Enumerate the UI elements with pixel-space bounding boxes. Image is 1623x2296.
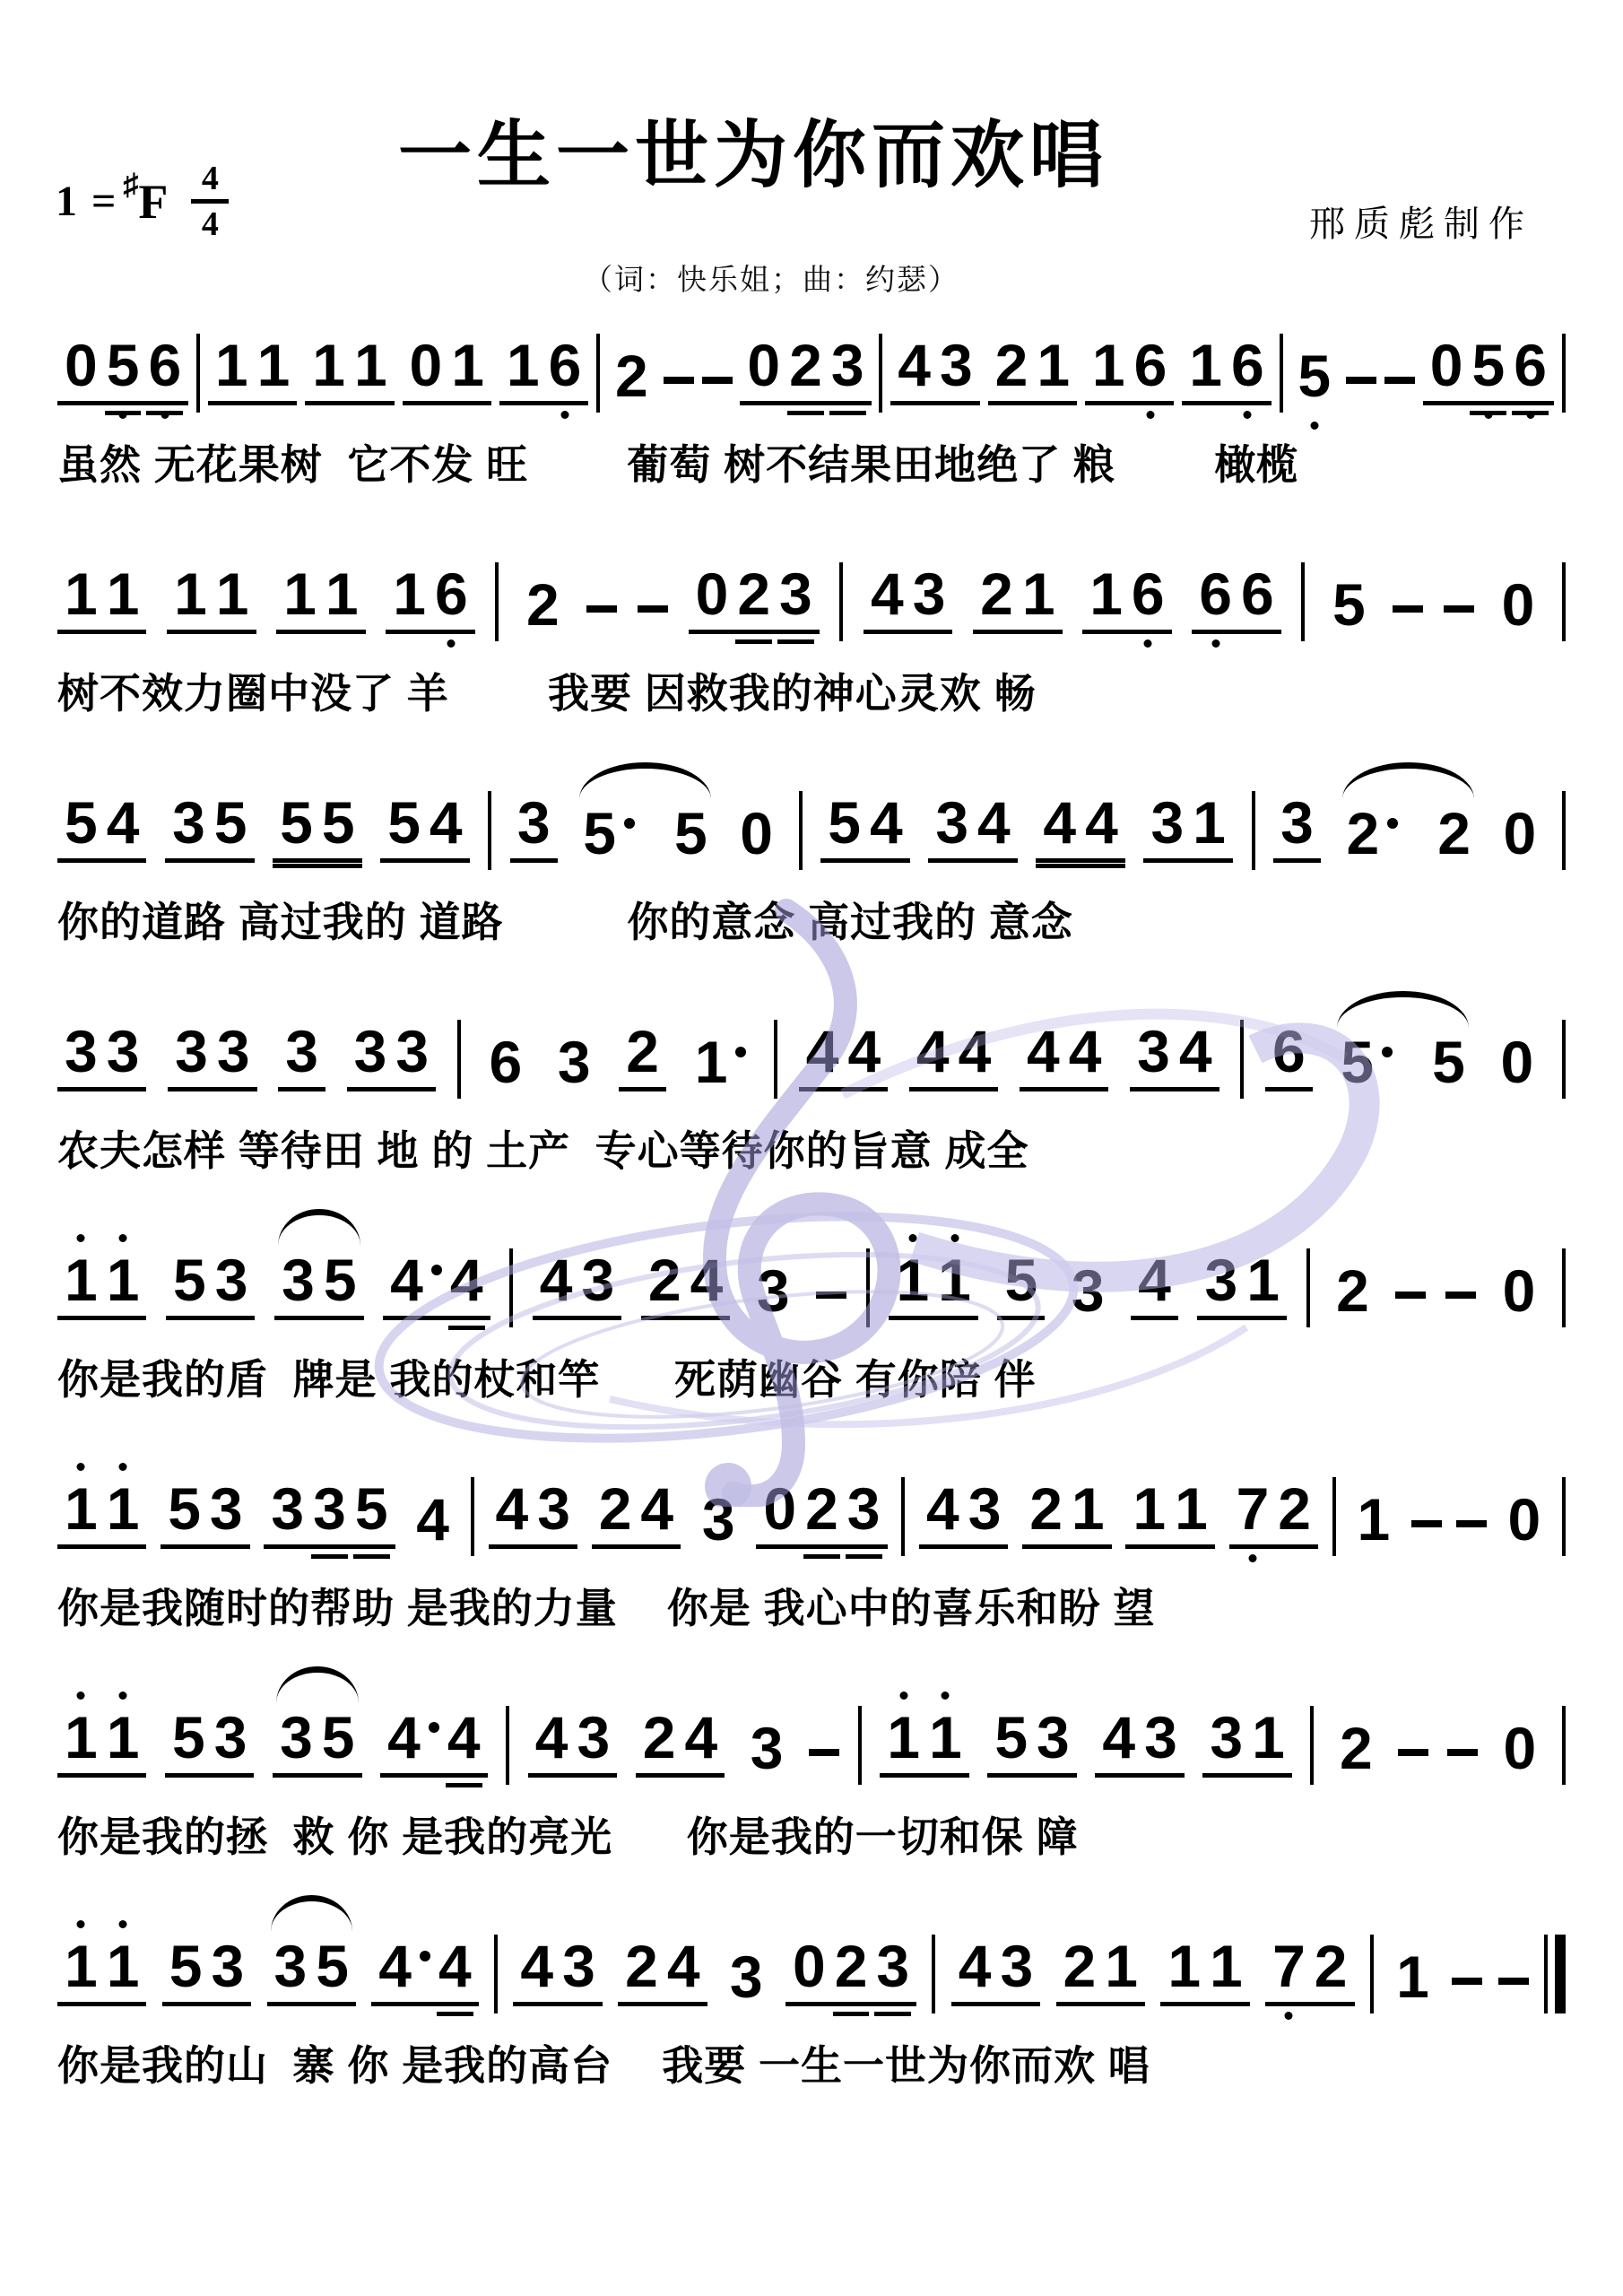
note-digit: 4: [416, 1490, 449, 1549]
note-number: 2: [1315, 1936, 1348, 1996]
note-number: 2: [1340, 1718, 1373, 1778]
note-digit: 3: [1072, 1261, 1105, 1320]
octave-dot-below: [161, 411, 169, 419]
note-group: 34: [928, 793, 1017, 863]
note-number: 3: [940, 335, 973, 395]
octave-dot-above: [119, 1920, 127, 1928]
note-number: 1: [107, 1250, 140, 1309]
note-group: 1: [1350, 1490, 1398, 1549]
barline: [932, 1935, 935, 2013]
note-number: 2: [980, 564, 1013, 623]
barline: [1240, 1020, 1244, 1099]
note-digit: 5: [65, 793, 98, 852]
note-digit: 2: [1063, 1936, 1097, 1996]
note-digit: 4: [667, 1936, 700, 1996]
note-digit: 3: [751, 1718, 784, 1778]
note-digit: 1: [107, 564, 140, 623]
note-number: 4: [898, 335, 931, 395]
lyricist-composer: （词：快乐姐；曲：约瑟）: [0, 257, 1542, 299]
note-digit: 3: [1144, 1708, 1177, 1767]
note-group: 33: [347, 1022, 436, 1091]
note-group: 11: [276, 564, 365, 634]
note-group: 056: [1423, 335, 1554, 405]
note-number: 2: [625, 1936, 658, 1996]
note-number: 4: [926, 1479, 959, 1538]
note-digit: 1: [929, 1708, 962, 1767]
note-group: 16: [1085, 335, 1174, 405]
duration-dash: [816, 1291, 846, 1299]
note-digit: 2: [805, 1479, 838, 1538]
note-group: 44: [383, 1250, 490, 1320]
note-number: 4: [1043, 793, 1076, 852]
duration-dash: [702, 377, 733, 384]
note-number: 2: [643, 1708, 676, 1767]
note-group: 31: [1202, 1708, 1291, 1778]
note-number: 2: [1336, 1261, 1369, 1320]
note-digit: 1: [1089, 564, 1123, 623]
note-digit: 1: [1092, 335, 1125, 395]
note-digit: 3: [876, 1936, 909, 1996]
note-digit: 4: [496, 1479, 529, 1538]
note-digit: 5: [107, 335, 140, 395]
note-number: 4: [690, 1250, 724, 1309]
barline: [1306, 1248, 1310, 1327]
note-group: 2: [1329, 1261, 1376, 1320]
note-digit: 1: [1210, 1936, 1243, 1996]
note-number: 3: [847, 1479, 881, 1538]
octave-dot-above: [119, 1692, 127, 1700]
octave-dot-above: [119, 1463, 127, 1471]
note-group: 43: [864, 564, 952, 634]
note-digit: 2: [615, 346, 648, 405]
note-digit: 1: [1133, 1479, 1166, 1538]
note-number: 0: [1507, 1490, 1541, 1549]
note-group: 53: [165, 1708, 254, 1778]
note-group-slur: 55: [1333, 1032, 1471, 1091]
note-group: 3: [1064, 1261, 1112, 1320]
note-digit: 2: [737, 564, 770, 623]
note-group: 0: [1500, 1490, 1548, 1549]
note-group: 43: [890, 335, 979, 405]
barline: [471, 1477, 474, 1556]
note-group: 023: [740, 335, 871, 405]
note-digit: 5: [1298, 346, 1331, 405]
note-group: 33: [57, 1022, 146, 1091]
note-digit: 1: [1105, 1936, 1138, 1996]
note-digit: 2: [1315, 1936, 1348, 1996]
note-digit: 0: [1504, 1718, 1537, 1778]
duration-dash: [1395, 1291, 1426, 1299]
note-number: 1: [929, 1708, 962, 1767]
music-system: 543555543550543444313220你的道路 高过我的 道路 你的意…: [57, 780, 1566, 1009]
note-number: 4: [959, 1936, 992, 1996]
note-digit: 4: [684, 1708, 717, 1767]
note-number: 1: [1396, 1947, 1429, 2006]
note-number: 5: [173, 1250, 206, 1309]
note-digit: 5: [387, 793, 421, 852]
note-digit: 1: [215, 335, 248, 395]
note-digit: 6: [148, 335, 181, 395]
note-number: 1: [107, 1936, 140, 1996]
note-number: 1: [896, 1250, 929, 1309]
octave-dot-below: [1285, 2012, 1293, 2020]
note-digit: 3: [107, 1022, 140, 1081]
note-digit: 5: [172, 1708, 205, 1767]
sheet-header: 一生一世为你而欢唱 1 = ♯ F 4 4 邢质彪制作 （词：快乐姐；曲：约瑟）: [0, 0, 1623, 323]
note-number: 0: [793, 1936, 826, 1996]
note-group: 5: [1325, 575, 1373, 634]
note-digit: 4: [430, 793, 463, 852]
note-digit: 2: [1029, 1479, 1063, 1538]
note-digit: 1: [174, 564, 207, 623]
note-number: 4: [916, 1022, 950, 1081]
note-number: 5: [280, 793, 313, 852]
note-digit: 1: [107, 1708, 140, 1767]
note-group: 35: [165, 793, 254, 863]
note-digit: 1: [216, 564, 249, 623]
note-group: 0: [1494, 1032, 1541, 1091]
note-digit: 5: [316, 1936, 349, 1996]
music-system: 33333336321444444346550农夫怎样 等待田 地 的 土产 专…: [57, 1009, 1566, 1238]
note-number: 1: [1246, 1250, 1280, 1309]
note-digit: 5: [322, 1708, 355, 1767]
note-digit: 5: [324, 1250, 357, 1309]
note-number: 1: [65, 1708, 98, 1767]
note-group: 43: [533, 1250, 621, 1320]
note-digit: 4: [977, 793, 1011, 852]
note-number: 0: [696, 564, 729, 623]
duration-dash: [1498, 1978, 1529, 1985]
note-number: 1: [1252, 1708, 1285, 1767]
note-number: 0: [1503, 1261, 1536, 1320]
note-group: 44: [371, 1936, 478, 2006]
octave-dot-below: [560, 411, 568, 419]
note-digit: 3: [1150, 793, 1184, 852]
note-number: 0: [1501, 1032, 1534, 1091]
sharp-sign: ♯: [123, 169, 138, 203]
note-digit: 1: [1358, 1490, 1391, 1549]
note-group: 11: [167, 564, 256, 634]
note-group: 16: [1182, 335, 1271, 405]
note-group: 5: [997, 1250, 1045, 1320]
note-digit: 4: [535, 1708, 568, 1767]
note-group: 21: [1022, 1479, 1111, 1549]
octave-dot-above: [908, 1234, 916, 1242]
note-digit: 2: [648, 1250, 681, 1309]
octave-dot-below: [1248, 1554, 1256, 1562]
note-digit: 2: [835, 1936, 868, 1996]
duration-dash: [638, 605, 668, 613]
octave-dot-above: [77, 1234, 85, 1242]
note-digit: 1: [1167, 1936, 1201, 1996]
note-group: 16: [1082, 564, 1171, 634]
note-digit: 0: [1503, 1261, 1536, 1320]
note-digit: 2: [995, 335, 1028, 395]
note-group: 3: [723, 1947, 770, 2006]
note-number: 4: [1138, 1250, 1171, 1309]
note-digit: 0: [1507, 1490, 1541, 1549]
note-number: 1: [1167, 1936, 1201, 1996]
note-digit: 0: [410, 335, 443, 395]
lyrics-line: 你是我的盾 牌是 我的杖和竿 死荫幽谷 有你陪 伴: [57, 1347, 1566, 1406]
note-digit: 5: [1004, 1250, 1037, 1309]
note-number: 1: [507, 335, 540, 395]
note-digit: 2: [643, 1708, 676, 1767]
note-digit: 6: [1272, 1022, 1306, 1081]
note-digit: 3: [702, 1490, 735, 1549]
note-number: 3: [172, 793, 205, 852]
note-digit: 0: [1504, 804, 1537, 863]
note-group: 54: [380, 793, 469, 863]
note-group: 66: [1192, 564, 1280, 634]
barline: [457, 1020, 461, 1099]
note-number: 1: [393, 564, 426, 623]
notes-row: 543555543550543444313220: [57, 804, 1566, 863]
note-number: 7: [1237, 1479, 1270, 1538]
note-digit: 0: [65, 335, 98, 395]
note-digit: 3: [913, 564, 946, 623]
note-digit: 3: [558, 1032, 591, 1091]
note-digit: 5: [173, 1250, 206, 1309]
note-digit: 2: [1278, 1479, 1311, 1538]
duration-dash: [1444, 605, 1474, 613]
note-number: 4: [378, 1936, 412, 1996]
lyrics-line: 你是我的拯 救 你 是我的亮光 你是我的一切和保 障: [57, 1805, 1566, 1864]
note-number: 5: [355, 1479, 388, 1538]
barline: [1562, 1248, 1566, 1327]
notes-row: 11533544432431153433120: [57, 1718, 1566, 1778]
note-number: 3: [582, 1250, 615, 1309]
duration-dash: [1447, 1749, 1478, 1756]
note-number: 2: [995, 335, 1028, 395]
octave-dot-below: [1484, 411, 1492, 419]
octave-dot-below: [1244, 411, 1252, 419]
note-group: 3: [551, 1032, 598, 1091]
note-digit: 5: [280, 793, 313, 852]
note-group: 4: [1131, 1250, 1178, 1320]
duration-dash: [1452, 1978, 1482, 1985]
lyrics-line: 树不效力圈中没了 羊 我要 因救我的神心灵欢 畅: [57, 661, 1566, 720]
note-group: 53: [162, 1936, 251, 2006]
note-digit: 1: [107, 1936, 140, 1996]
note-digit: 4: [870, 793, 903, 852]
note-digit: 6: [1199, 564, 1232, 623]
note-number: 5: [107, 335, 140, 395]
note-number: 3: [1037, 1708, 1070, 1767]
note-number: 3: [175, 1022, 208, 1081]
note-number: 3: [730, 1947, 763, 2006]
note-group: 43: [513, 1936, 602, 2006]
note-digit: 1: [1193, 793, 1226, 852]
note-number: 4: [535, 1708, 568, 1767]
note-group: 3: [750, 1261, 797, 1320]
octave-dot-below: [1211, 639, 1219, 648]
note-number: 2: [626, 1022, 659, 1081]
note-group: 0: [1497, 804, 1544, 863]
time-signature: 4 4: [191, 161, 229, 241]
note-digit: 3: [271, 1479, 304, 1538]
note-number: 1: [887, 1708, 920, 1767]
note-number: 1: [107, 1479, 140, 1538]
note-digit: 5: [583, 804, 616, 863]
note-group: 1: [688, 1032, 753, 1091]
note-number: 1: [1358, 1490, 1391, 1549]
note-digit: 0: [1502, 575, 1535, 634]
note-digit: 3: [214, 1708, 247, 1767]
note-digit: 3: [935, 793, 968, 852]
note-group: 43: [489, 1479, 577, 1549]
note-digit: 2: [599, 1479, 632, 1538]
note-number: 4: [1027, 1022, 1060, 1081]
music-system: 11533354432430234321117210你是我随时的帮助 是我的力量…: [57, 1466, 1566, 1695]
note-group: 11: [57, 1250, 146, 1320]
note-digit: 4: [690, 1250, 724, 1309]
note-number: 4: [496, 1479, 529, 1538]
note-number: 2: [615, 346, 648, 405]
note-group: 11: [208, 335, 297, 405]
note-digit: 5: [828, 793, 861, 852]
dotted-note-dot: [420, 1951, 430, 1961]
note-digit: 7: [1237, 1479, 1270, 1538]
dotted-note-dot: [735, 1047, 746, 1057]
note-digit: 0: [763, 1479, 796, 1538]
note-group: 3: [1273, 793, 1321, 863]
octave-dot-above: [899, 1692, 907, 1700]
note-digit: 3: [354, 1022, 387, 1081]
note-number: 0: [1504, 1718, 1537, 1778]
barline: [1301, 562, 1305, 641]
note-number: 4: [667, 1936, 700, 1996]
duration-dash: [1445, 1291, 1476, 1299]
note-digit: 3: [757, 1261, 790, 1320]
note-digit: 6: [1134, 335, 1167, 395]
note-digit: 3: [215, 1250, 248, 1309]
note-group: 023: [756, 1479, 887, 1549]
note-number: 6: [435, 564, 468, 623]
note-group: 24: [641, 1250, 730, 1320]
note-group: 056: [57, 335, 188, 405]
note-number: 3: [562, 1936, 595, 1996]
note-number: 6: [1241, 564, 1274, 623]
note-group: 3: [743, 1718, 791, 1778]
note-group: 11: [1160, 1936, 1249, 2006]
note-digit: 4: [378, 1936, 412, 1996]
octave-dot-above: [77, 1920, 85, 1928]
note-number: 5: [674, 804, 707, 863]
note-digit: 2: [626, 1022, 659, 1081]
note-number: 3: [537, 1479, 570, 1538]
note-number: 3: [211, 1936, 244, 1996]
note-number: 4: [520, 1936, 553, 1996]
note-number: 3: [285, 1022, 318, 1081]
note-number: 3: [395, 1022, 429, 1081]
note-number: 1: [257, 335, 291, 395]
note-number: 1: [65, 1936, 98, 1996]
barline: [495, 562, 499, 641]
lyrics-line: 虽然 无花果树 它不发 旺 葡萄 树不结果田地绝了 粮 橄榄: [57, 432, 1566, 491]
final-barline: [1544, 1935, 1566, 2013]
note-number: 3: [913, 564, 946, 623]
note-group: 24: [592, 1479, 681, 1549]
note-number: 0: [65, 335, 98, 395]
note-number: 2: [526, 575, 560, 634]
note-group: 31: [1143, 793, 1232, 863]
note-number: 4: [540, 1250, 573, 1309]
note-number: 1: [325, 564, 359, 623]
note-group: 44: [1020, 1022, 1108, 1091]
note-number: 1: [695, 1032, 728, 1091]
note-group: 11: [880, 1708, 968, 1778]
note-number: 1: [283, 564, 317, 623]
note-digit: 5: [322, 793, 355, 852]
music-systems: 056111101162023432116165056虽然 无花果树 它不发 旺…: [57, 323, 1566, 2152]
lyrics-line: 你是我随时的帮助 是我的力量 你是 我心中的喜乐和盼 望: [57, 1576, 1566, 1635]
lyrics-line: 农夫怎样 等待田 地 的 土产 专心等待你的旨意 成全: [57, 1118, 1566, 1178]
note-digit: 1: [938, 1250, 971, 1309]
key-prefix: 1 =: [56, 177, 117, 226]
note-number: 4: [1179, 1022, 1212, 1081]
note-number: 5: [1471, 335, 1505, 395]
note-number: 5: [1298, 346, 1331, 405]
note-digit: 3: [1280, 793, 1314, 852]
note-digit: 5: [214, 793, 247, 852]
note-digit: 5: [1332, 575, 1366, 634]
barline: [901, 1477, 905, 1556]
note-number: 3: [517, 793, 551, 852]
note-digit: 3: [562, 1936, 595, 1996]
note-group: 11: [57, 1708, 146, 1778]
note-number: 3: [271, 1479, 304, 1538]
note-number: 1: [312, 335, 345, 395]
note-digit: 5: [355, 1479, 388, 1538]
note-number: 5: [828, 793, 861, 852]
note-number: 5: [65, 793, 98, 852]
note-digit: 2: [980, 564, 1013, 623]
note-number: 3: [1001, 1936, 1034, 1996]
octave-dot-below: [1310, 422, 1318, 430]
note-number: 0: [747, 335, 780, 395]
note-number: 3: [280, 1708, 313, 1767]
note-group: 44: [799, 1022, 888, 1091]
note-number: 1: [1092, 335, 1125, 395]
note-number: 6: [489, 1032, 522, 1091]
note-digit: 4: [107, 793, 140, 852]
note-digit: 0: [696, 564, 729, 623]
note-digit: 3: [779, 564, 812, 623]
duration-dash: [1346, 377, 1376, 384]
note-digit: 3: [313, 1479, 346, 1538]
note-number: 3: [558, 1032, 591, 1091]
note-digit: 3: [274, 1936, 308, 1996]
note-group: 16: [499, 335, 588, 405]
note-digit: 4: [520, 1936, 553, 1996]
note-digit: 1: [887, 1708, 920, 1767]
note-digit: 1: [312, 335, 345, 395]
note-number: 1: [107, 1708, 140, 1767]
note-digit: 5: [994, 1708, 1028, 1767]
note-digit: 3: [282, 1250, 315, 1309]
note-digit: 1: [1189, 335, 1222, 395]
note-group: 43: [951, 1936, 1040, 2006]
note-group: 54: [820, 793, 909, 863]
music-system: 1153354443243023432111721你是我的山 寨 你 是我的高台…: [57, 1924, 1566, 2152]
note-digit: 2: [625, 1936, 658, 1996]
note-digit: 1: [65, 1708, 98, 1767]
note-number: 1: [1105, 1936, 1138, 1996]
note-digit: 1: [354, 335, 387, 395]
barline: [858, 1706, 862, 1785]
duration-dash: [1411, 1520, 1442, 1527]
